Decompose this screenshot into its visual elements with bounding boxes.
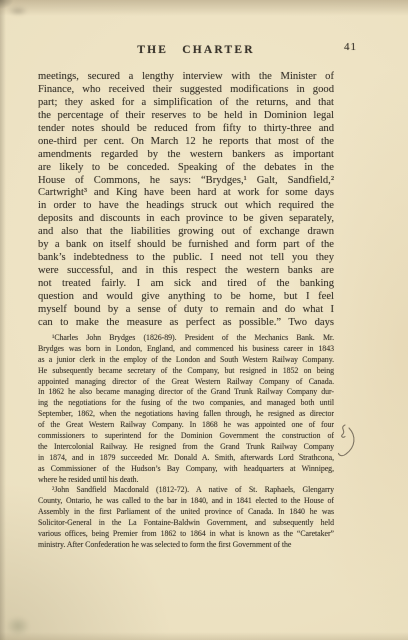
text-line: commissioners to superintend for the Dom… [38, 431, 334, 442]
text-line: ¹Charles John Brydges (1826-89). Preside… [38, 333, 334, 344]
text-line: Assembly in the first Parliament of the … [38, 507, 334, 518]
text-line: of the Great Western Railway Company. In… [38, 420, 334, 431]
running-header-title: THE CHARTER [137, 44, 254, 56]
text-line: the Intercolonial Railway. He resigned f… [38, 442, 334, 453]
text-line: one-third per cent. On March 12 he repor… [38, 136, 334, 149]
text-line: Cartwright³ and King have been hard at w… [38, 187, 334, 200]
body-paragraph: meetings, secured a lengthy interview wi… [38, 71, 334, 330]
scan-smudge-top-left [8, 6, 28, 16]
text-line: County, Ontario, he was called to the ba… [38, 496, 334, 507]
page-number: 41 [344, 41, 357, 53]
handwritten-pen-mark [334, 423, 360, 461]
text-line: as Commissioner of the Hudson’s Bay Comp… [38, 464, 334, 475]
text-line: ministry. After Confederation he was sel… [38, 540, 334, 551]
text-line: by a bank on itself should be furnished … [38, 239, 334, 252]
text-line: where he resided until his death. [38, 475, 334, 486]
text-line: the percentage of their reserves to be h… [38, 110, 334, 123]
text-line: and also that the liabilities growing ou… [38, 226, 334, 239]
text-line: can to make the measure as perfect as po… [38, 317, 334, 330]
footnote: ¹Charles John Brydges (1826-89). Preside… [38, 333, 334, 485]
text-line: House of Commons, he says: “Brydges,¹ Ga… [38, 175, 334, 188]
text-line: in order to have the headings struck out… [38, 200, 334, 213]
text-line: amendments regarded by the western banke… [38, 149, 334, 162]
text-line: tender notes should be reduced from fift… [38, 123, 334, 136]
text-line: are likely to be conceded. Speaking of t… [38, 162, 334, 175]
text-line: as a junior clerk in the employ of the L… [38, 355, 334, 366]
text-line: September, 1862, when the negotiations h… [38, 409, 334, 420]
text-line: in 1874, and in 1879 succeeded Mr. Donal… [38, 453, 334, 464]
text-line: question and would give anything to be h… [38, 291, 334, 304]
text-line: bank’s indebtedness to the public. I nee… [38, 252, 334, 265]
text-line: meetings, secured a lengthy interview wi… [38, 71, 334, 84]
text-line: were successful, and in this respect the… [38, 265, 334, 278]
footnote: ²John Sandfield Macdonald (1812-72). A n… [38, 485, 334, 550]
text-line: appointed managing director of the Great… [38, 377, 334, 388]
text-line: In 1862 he also became managing director… [38, 387, 334, 398]
text-line: Finance, who received their suggested mo… [38, 84, 334, 97]
scan-smudge-bottom-left [6, 616, 30, 636]
text-line: deposits and discounts in each province … [38, 213, 334, 226]
text-line: Solicitor-General in the La Fontaine-Bal… [38, 518, 334, 529]
text-line: ing the negotiations for the fusing of t… [38, 398, 334, 409]
text-line: He subsequently became secretary of the … [38, 366, 334, 377]
text-line: not treated fairly. I am sick and tired … [38, 278, 334, 291]
text-line: various offices, being Premier from 1862… [38, 529, 334, 540]
text-line: ²John Sandfield Macdonald (1812-72). A n… [38, 485, 334, 496]
running-header: THE CHARTER [38, 40, 354, 58]
text-line: Brydges was born in London, England, and… [38, 344, 334, 355]
book-page-scan: THE CHARTER 41 meetings, secured a lengt… [0, 0, 408, 640]
text-line: myself bound by a sense of duty to remai… [38, 304, 334, 317]
text-line: part; they asked for a simplification of… [38, 97, 334, 110]
footnotes-section: ¹Charles John Brydges (1826-89). Preside… [38, 333, 334, 551]
